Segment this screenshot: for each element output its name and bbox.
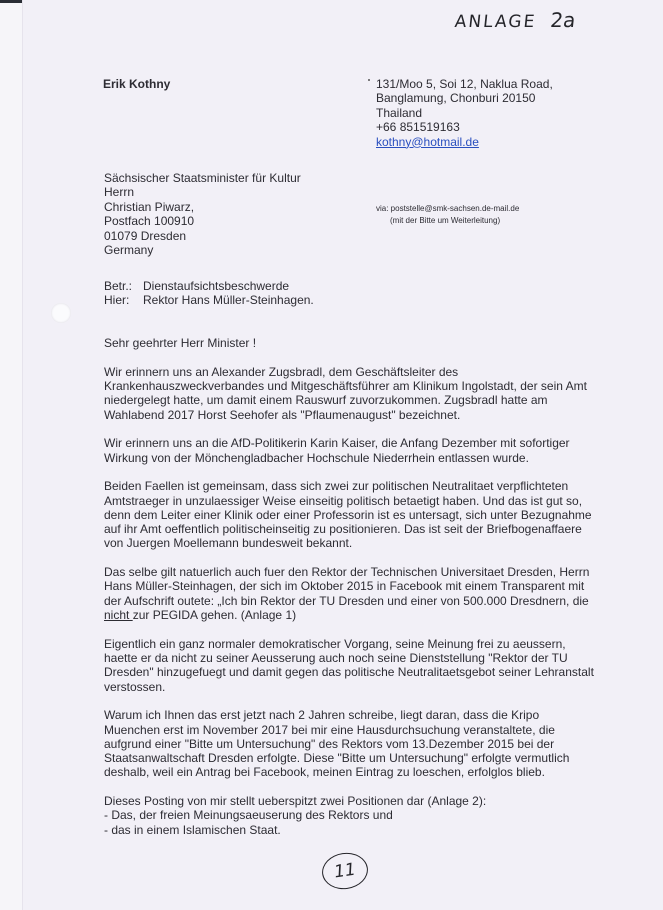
subject-here-label: Hier: [104, 293, 143, 307]
line: Wir erinnern uns an Alexander Zugsbradl,… [104, 365, 458, 379]
delivery-via: via: poststelle@smk-sachsen.de-mail.de [376, 203, 519, 215]
scan-edge-strip [0, 0, 23, 910]
line: Dresden" hinzugefuegt und damit gegen da… [104, 665, 594, 679]
paragraph-6: Warum ich Ihnen das erst jetzt nach 2 Ja… [104, 708, 634, 779]
line: niedergelegt hatte, um damit einem Rausw… [104, 393, 548, 407]
letter-body: Sehr geehrter Herr Minister ! Wir erinne… [104, 336, 634, 851]
sender-address-line: 131/Moo 5, Soi 12, Naklua Road, [376, 77, 553, 91]
greeting: Sehr geehrter Herr Minister ! [104, 336, 634, 350]
subject-re-text: Dienstaufsichtsbeschwerde [143, 279, 289, 293]
annex-number: 2a [549, 8, 577, 32]
sender-phone: +66 851519163 [376, 120, 553, 134]
line: Hans Müller-Steinhagen, der sich im Okto… [104, 579, 584, 593]
annex-label: ANLAGE [454, 12, 538, 32]
recipient-line: Herrn [104, 185, 301, 199]
paragraph-5: Eigentlich ein ganz normaler demokratisc… [104, 637, 634, 694]
line: aufgrund einer "Bitte um Untersuchung" d… [104, 737, 554, 751]
line: der Aufschrift outete: „Ich bin Rektor d… [104, 594, 589, 608]
scan-corner-mark [0, 0, 22, 3]
line: Muenchen erst im November 2017 bei mir e… [104, 723, 555, 737]
sender-address: 131/Moo 5, Soi 12, Naklua Road, Banglamu… [376, 77, 553, 149]
subject-here-text: Rektor Hans Müller-Steinhagen. [143, 293, 314, 307]
line: Wir erinnern uns an die AfD-Politikerin … [104, 436, 570, 450]
recipient-line: 01079 Dresden [104, 229, 301, 243]
line: Amtstraeger in unzulaessiger Weise einse… [104, 494, 582, 508]
annex-handwritten-label: ANLAGE2a [454, 8, 577, 32]
line: von Juergen Moellemann bundesweit bekann… [104, 536, 352, 550]
sender-address-line: Thailand [376, 106, 553, 120]
sender-address-line: Banglamung, Chonburi 20150 [376, 91, 553, 105]
paragraph-7: Dieses Posting von mir stellt ueberspitz… [104, 794, 634, 837]
scanned-page: ANLAGE2a Erik Kothny 131/Moo 5, Soi 12, … [0, 0, 663, 910]
subject-re-label: Betr.: [104, 279, 143, 293]
page-number-circled: 11 [320, 850, 371, 892]
sender-name: Erik Kothny [103, 77, 170, 91]
line: Dieses Posting von mir stellt ueberspitz… [104, 794, 486, 808]
sender-email-link[interactable]: kothny@hotmail.de [376, 135, 479, 149]
punch-hole [51, 303, 71, 323]
line: Wahlabend 2017 Horst Seehofer als "Pflau… [104, 408, 460, 422]
line: Krankenhauszweckverbandes und Mitgeschäf… [104, 379, 587, 393]
paragraph-1: Wir erinnern uns an Alexander Zugsbradl,… [104, 365, 634, 422]
line: verstossen. [104, 680, 165, 694]
scan-dot [368, 79, 370, 81]
underlined-word: nicht [104, 608, 133, 622]
line: Wirkung von der Mönchengladbacher Hochsc… [104, 451, 529, 465]
subject-block: Betr.:Dienstaufsichtsbeschwerde Hier:Rek… [104, 279, 314, 308]
line: auf ihr Amt oeffentlich politischeinseit… [104, 522, 582, 536]
line: haette er da nicht zu seiner Aeusserung … [104, 651, 568, 665]
paragraph-2: Wir erinnern uns an die AfD-Politikerin … [104, 436, 634, 465]
recipient-line: Germany [104, 243, 301, 257]
line: zur PEGIDA gehen. (Anlage 1) [133, 608, 296, 622]
delivery-forward-note: (mit der Bitte um Weiterleitung) [376, 215, 519, 227]
line: Warum ich Ihnen das erst jetzt nach 2 Ja… [104, 708, 539, 722]
list-item: - Das, der freien Meinungsaeuserung des … [104, 808, 393, 822]
line: Beiden Faellen ist gemeinsam, dass sich … [104, 479, 568, 493]
delivery-note: via: poststelle@smk-sachsen.de-mail.de (… [376, 203, 519, 227]
line: Staatsanwaltschaft Dresden erfolgte. Die… [104, 751, 569, 765]
recipient-address: Sächsischer Staatsminister für Kultur He… [104, 171, 301, 257]
list-item: - das in einem Islamischen Staat. [104, 823, 281, 837]
line: Das selbe gilt natuerlich auch fuer den … [104, 565, 589, 579]
recipient-line: Postfach 100910 [104, 214, 301, 228]
line: deshalb, weil ein Antrag bei Facebook, m… [104, 765, 545, 779]
paragraph-4: Das selbe gilt natuerlich auch fuer den … [104, 565, 634, 622]
recipient-line: Sächsischer Staatsminister für Kultur [104, 171, 301, 185]
line: Eigentlich ein ganz normaler demokratisc… [104, 637, 566, 651]
line: denn dem Leiter einer Klinik oder einer … [104, 508, 592, 522]
recipient-line: Christian Piwarz, [104, 200, 301, 214]
paragraph-3: Beiden Faellen ist gemeinsam, dass sich … [104, 479, 634, 550]
